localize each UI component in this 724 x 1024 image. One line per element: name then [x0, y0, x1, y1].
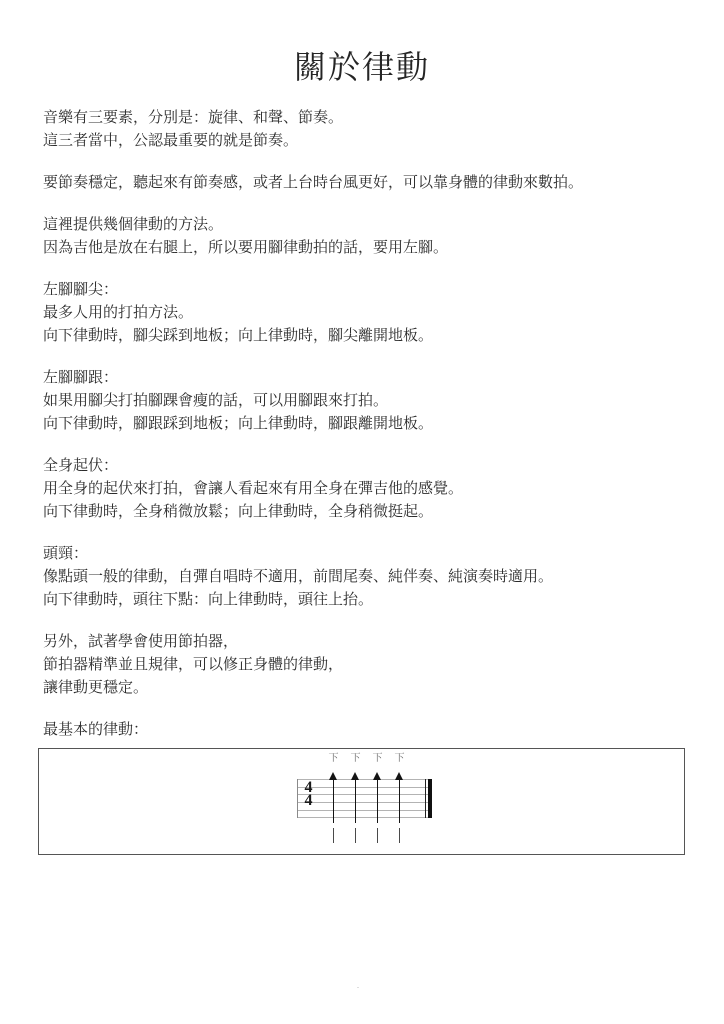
beat-stem — [399, 828, 400, 843]
staff-line — [297, 794, 428, 795]
document-page: 關於律動 音樂有三要素，分別是：旋律、和聲、節奏。這三者當中，公認最重要的就是節… — [0, 0, 724, 1024]
text-line: 因為吉他是放在右腿上，所以要用腳律動拍的話，要用左腳。 — [43, 237, 686, 260]
text-line: 頭頸： — [43, 543, 686, 566]
page-title: 關於律動 — [0, 42, 724, 88]
text-line: 要節奏穩定，聽起來有節奏感，或者上台時台風更好，可以靠身體的律動來數拍。 — [43, 172, 686, 195]
staff-line — [297, 787, 428, 788]
staff-line — [297, 779, 428, 780]
beat-column: 下 — [355, 779, 356, 818]
time-signature: 4 4 — [301, 781, 316, 807]
text-line: 全身起伏： — [43, 455, 686, 478]
text-line: 讓律動更穩定。 — [43, 677, 686, 700]
staff-line — [297, 802, 428, 803]
text-line: 向下律動時，腳跟踩到地板；向上律動時，腳跟離開地板。 — [43, 413, 686, 436]
text-line: 像點頭一般的律動，自彈自唱時不適用，前間尾奏、純伴奏、純演奏時適用。 — [43, 566, 686, 589]
beat-direction-label: 下 — [327, 753, 340, 765]
paragraph: 左腳腳尖：最多人用的打拍方法。向下律動時，腳尖踩到地板；向上律動時，腳尖離開地板… — [43, 279, 686, 348]
paragraph: 左腳腳跟：如果用腳尖打拍腳踝會瘦的話，可以用腳跟來打拍。向下律動時，腳跟踩到地板… — [43, 367, 686, 436]
text-line: 節拍器精準並且規律，可以修正身體的律動， — [43, 654, 686, 677]
beat-column: 下 — [333, 779, 334, 818]
text-line: 最基本的律動： — [43, 719, 686, 742]
beat-stem — [333, 828, 334, 843]
paragraph: 音樂有三要素，分別是：旋律、和聲、節奏。這三者當中，公認最重要的就是節奏。 — [43, 107, 686, 153]
text-line: 向下律動時，腳尖踩到地板；向上律動時，腳尖離開地板。 — [43, 325, 686, 348]
body-text: 音樂有三要素，分別是：旋律、和聲、節奏。這三者當中，公認最重要的就是節奏。要節奏… — [43, 107, 686, 761]
text-line: 這三者當中，公認最重要的就是節奏。 — [43, 130, 686, 153]
text-line: 用全身的起伏來打拍，會讓人看起來有用全身在彈吉他的感覺。 — [43, 478, 686, 501]
beat-stem — [355, 828, 356, 843]
time-signature-bottom: 4 — [301, 794, 316, 807]
beat-direction-label: 下 — [371, 753, 384, 765]
beat-direction-label: 下 — [393, 753, 406, 765]
staff-start-barline — [297, 779, 298, 818]
text-line: 最多人用的打拍方法。 — [43, 302, 686, 325]
beat-direction-label: 下 — [349, 753, 362, 765]
paragraph: 要節奏穩定，聽起來有節奏感，或者上台時台風更好，可以靠身體的律動來數拍。 — [43, 172, 686, 195]
beat-stem — [377, 828, 378, 843]
text-line: 向下律動時，頭往下點：向上律動時，頭往上抬。 — [43, 589, 686, 612]
paragraph: 另外，試著學會使用節拍器，節拍器精準並且規律，可以修正身體的律動，讓律動更穩定。 — [43, 631, 686, 700]
music-staff: 4 4 下下下下 — [297, 779, 433, 818]
rhythm-diagram-box: 4 4 下下下下 — [38, 748, 685, 855]
paragraph: 這裡提供幾個律動的方法。因為吉他是放在右腿上，所以要用腳律動拍的話，要用左腳。 — [43, 214, 686, 260]
text-line: 這裡提供幾個律動的方法。 — [43, 214, 686, 237]
paragraph: 最基本的律動： — [43, 719, 686, 742]
strum-arrow-line — [399, 777, 400, 823]
text-line: 左腳腳尖： — [43, 279, 686, 302]
strum-arrow-line — [333, 777, 334, 823]
staff-line — [297, 810, 428, 811]
strum-arrow-line — [377, 777, 378, 823]
text-line: 如果用腳尖打拍腳踝會瘦的話，可以用腳跟來打拍。 — [43, 390, 686, 413]
footer-mark: . — [352, 982, 364, 990]
final-barline-thick — [428, 779, 432, 818]
final-barline-thin — [425, 779, 426, 818]
staff-line — [297, 817, 428, 818]
paragraph: 全身起伏：用全身的起伏來打拍，會讓人看起來有用全身在彈吉他的感覺。向下律動時，全… — [43, 455, 686, 524]
text-line: 另外，試著學會使用節拍器， — [43, 631, 686, 654]
beat-column: 下 — [377, 779, 378, 818]
text-line: 左腳腳跟： — [43, 367, 686, 390]
text-line: 向下律動時，全身稍微放鬆；向上律動時，全身稍微挺起。 — [43, 501, 686, 524]
paragraph: 頭頸：像點頭一般的律動，自彈自唱時不適用，前間尾奏、純伴奏、純演奏時適用。向下律… — [43, 543, 686, 612]
strum-arrow-line — [355, 777, 356, 823]
beat-column: 下 — [399, 779, 400, 818]
text-line: 音樂有三要素，分別是：旋律、和聲、節奏。 — [43, 107, 686, 130]
